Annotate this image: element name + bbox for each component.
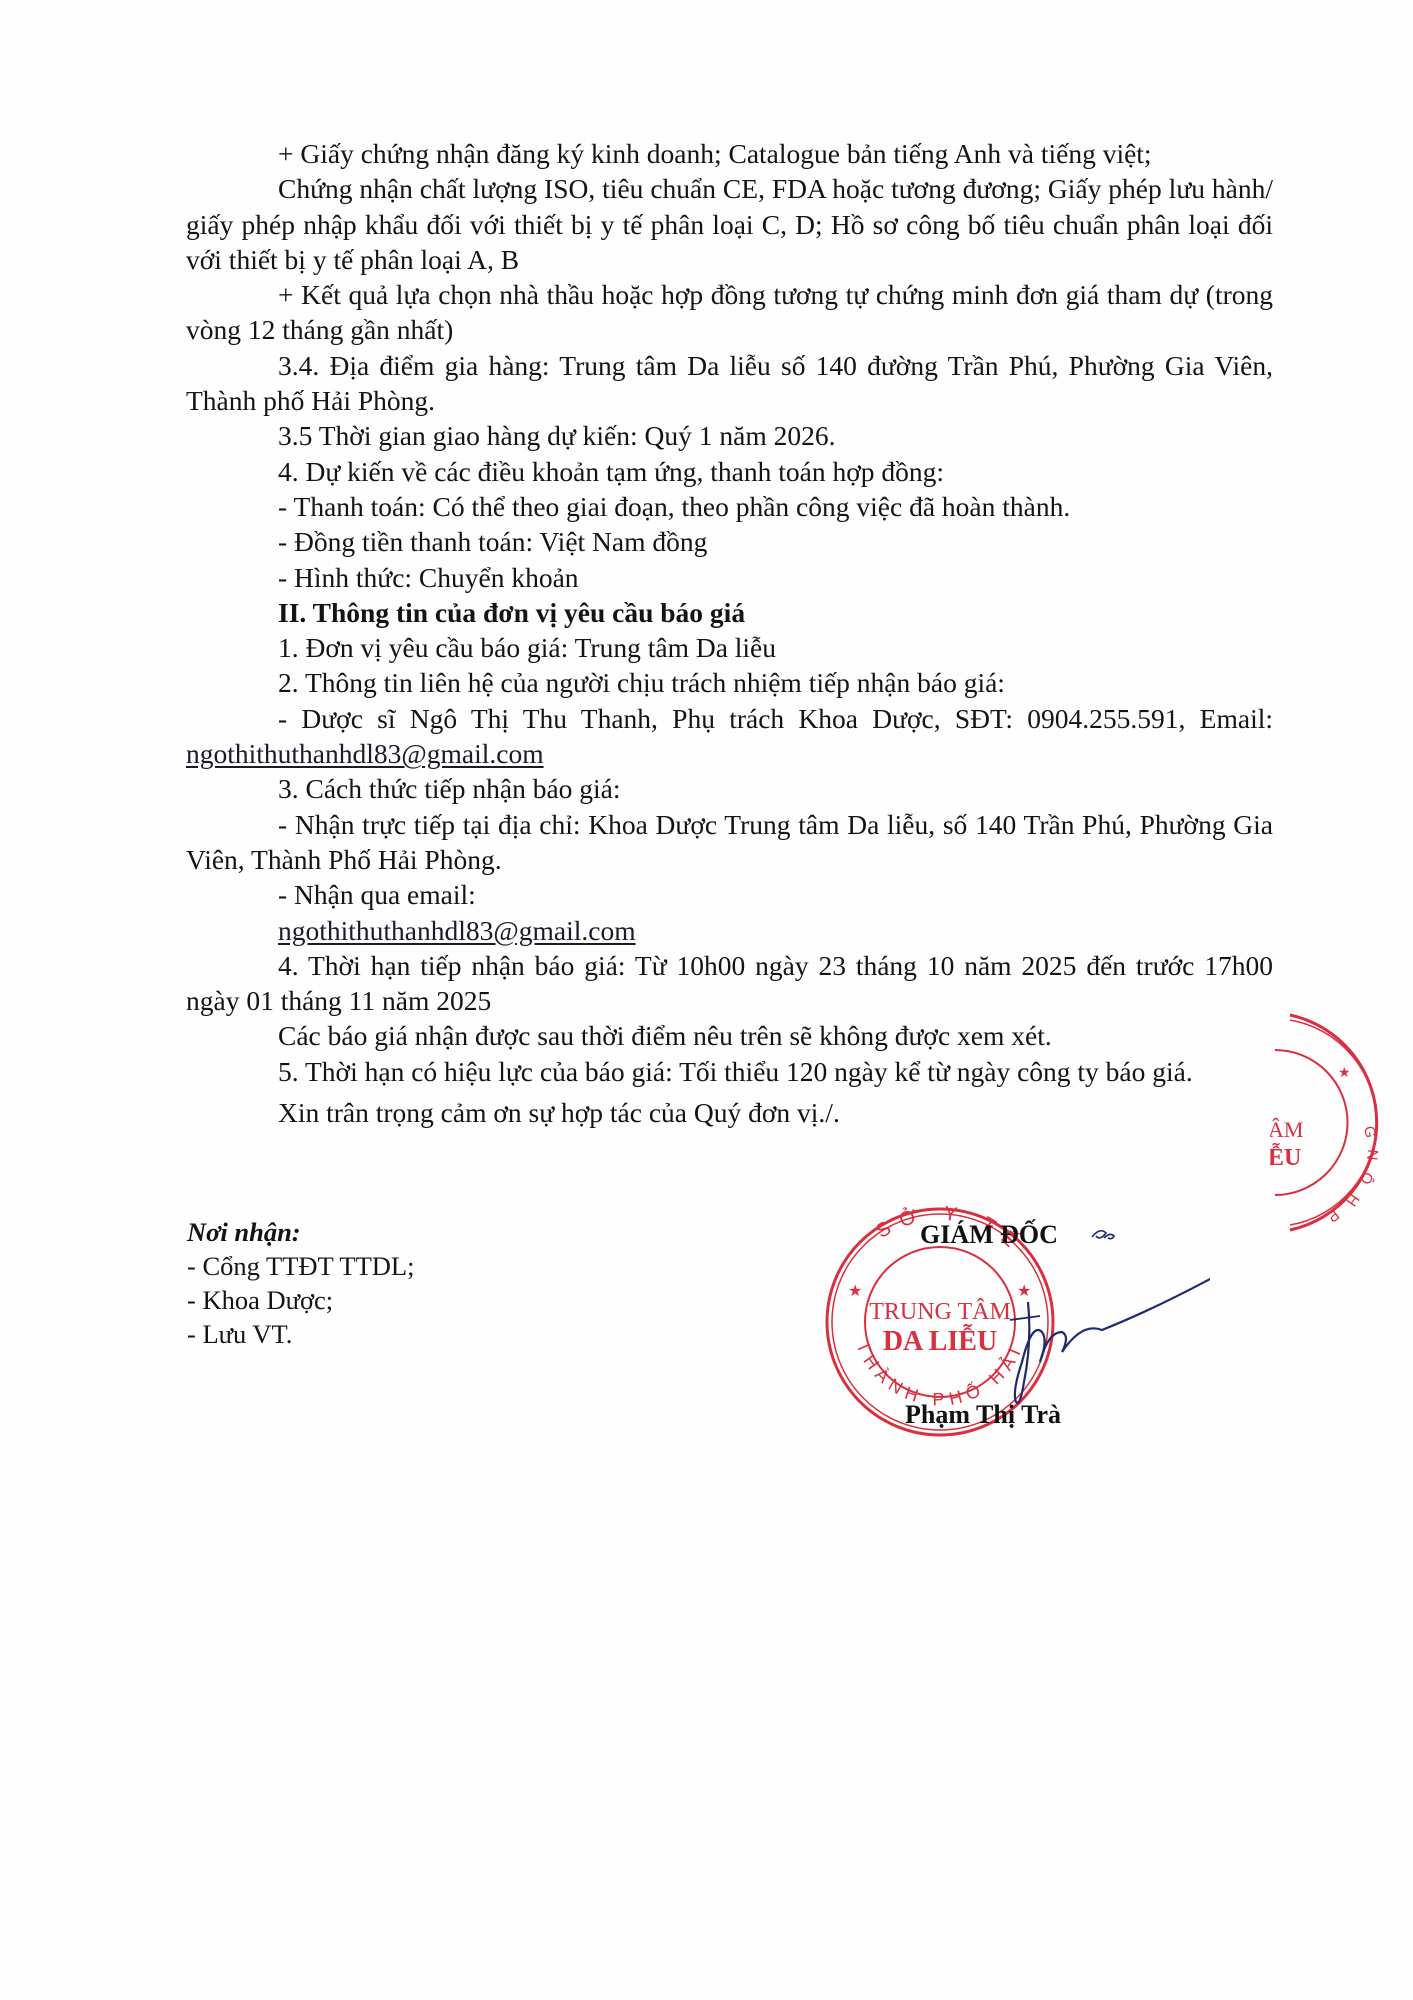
receive-email-line: ngothithuthanhdl83@gmail.com xyxy=(186,913,1273,948)
delivery-time: 3.5 Thời gian giao hàng dự kiến: Quý 1 n… xyxy=(186,418,1273,453)
deadline: 4. Thời hạn tiếp nhận báo giá: Từ 10h00 … xyxy=(186,948,1273,1019)
contact-person-text: - Dược sĩ Ngô Thị Thu Thanh, Phụ trách K… xyxy=(278,703,1185,734)
late-note: Các báo giá nhận được sau thời điểm nêu … xyxy=(186,1018,1273,1053)
recipient-item: - Cổng TTĐT TTDL; xyxy=(187,1249,414,1283)
svg-text:H: H xyxy=(1343,1191,1363,1210)
payment-currency: - Đồng tiền thanh toán: Việt Nam đồng xyxy=(186,524,1273,559)
contact-email-link[interactable]: ngothithuthanhdl83@gmail.com xyxy=(186,738,544,769)
svg-text:ÂM: ÂM xyxy=(1270,1117,1303,1142)
payment-terms: 4. Dự kiến về các điều khoản tạm ứng, th… xyxy=(186,454,1273,489)
receive-email-label: - Nhận qua email: xyxy=(186,877,1273,912)
contact-person: - Dược sĩ Ngô Thị Thu Thanh, Phụ trách K… xyxy=(186,701,1273,772)
thanks: Xin trân trọng cảm ơn sự hợp tác của Quý… xyxy=(186,1095,1273,1130)
svg-text:★: ★ xyxy=(1338,1066,1351,1081)
req-docs-line-2: Chứng nhận chất lượng ISO, tiêu chuẩn CE… xyxy=(186,171,1273,277)
receive-method-heading: 3. Cách thức tiếp nhận báo giá: xyxy=(186,771,1273,806)
req-docs-line-3: + Kết quả lựa chọn nhà thầu hoặc hợp đồn… xyxy=(186,277,1273,348)
delivery-location: 3.4. Địa điểm gia hàng: Trung tâm Da liễ… xyxy=(186,348,1273,419)
email-label: Email: xyxy=(1200,703,1273,734)
validity: 5. Thời hạn có hiệu lực của báo giá: Tối… xyxy=(186,1054,1273,1089)
recipients-block: Nơi nhận: - Cổng TTĐT TTDL; - Khoa Dược;… xyxy=(187,1215,414,1351)
req-docs-line-1: + Giấy chứng nhận đăng ký kinh doanh; Ca… xyxy=(186,136,1273,171)
recipients-title: Nơi nhận: xyxy=(187,1215,414,1249)
partial-stamp-edge-icon: ÂM ỄU ★ G N Ô H P xyxy=(1270,1005,1413,1235)
receive-email-link[interactable]: ngothithuthanhdl83@gmail.com xyxy=(278,915,636,946)
svg-text:P: P xyxy=(1324,1206,1343,1225)
recipient-item: - Khoa Dược; xyxy=(187,1283,414,1317)
signature-block: SỞ Y TẾ THÀNH PHỐ HẢI PHÒNG ★ ★ TRUNG TÂ… xyxy=(810,1190,1210,1450)
document-body: + Giấy chứng nhận đăng ký kinh doanh; Ca… xyxy=(186,136,1273,1130)
section-2-heading: II. Thông tin của đơn vị yêu cầu báo giá xyxy=(186,595,1273,630)
contact-heading: 2. Thông tin liên hệ của người chịu trác… xyxy=(186,665,1273,700)
signer-name: Phạm Thị Trà xyxy=(905,1400,1061,1430)
recipient-item: - Lưu VT. xyxy=(187,1317,414,1351)
requesting-unit: 1. Đơn vị yêu cầu báo giá: Trung tâm Da … xyxy=(186,630,1273,665)
payment-method: - Thanh toán: Có thể theo giai đoạn, the… xyxy=(186,489,1273,524)
payment-form: - Hình thức: Chuyển khoản xyxy=(186,560,1273,595)
receive-direct: - Nhận trực tiếp tại địa chỉ: Khoa Dược … xyxy=(186,807,1273,878)
svg-text:ỄU: ỄU xyxy=(1270,1143,1301,1171)
svg-text:N: N xyxy=(1363,1149,1381,1161)
document-page: + Giấy chứng nhận đăng ký kinh doanh; Ca… xyxy=(0,0,1413,2000)
